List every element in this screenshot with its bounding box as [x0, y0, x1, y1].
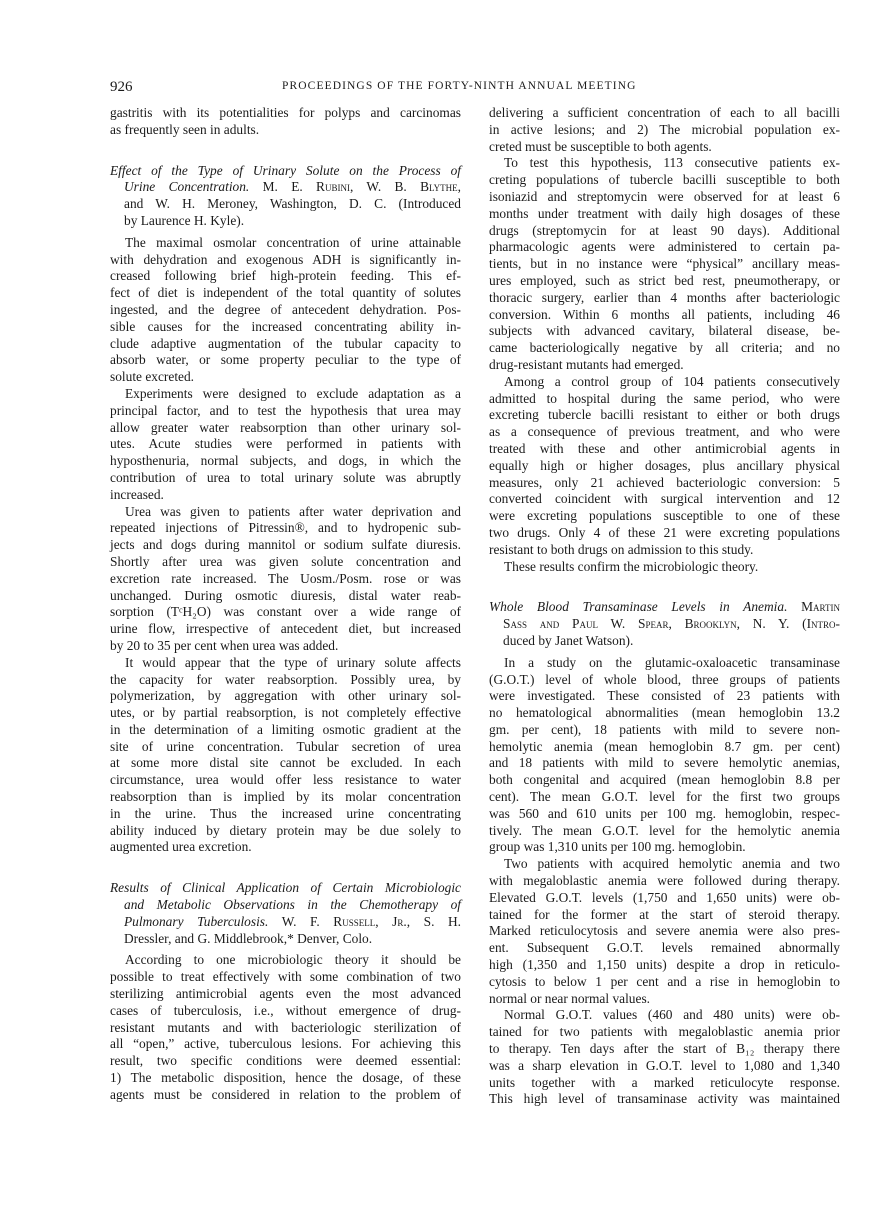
- paragraph: It would appear that the type of urinary…: [110, 655, 461, 857]
- text-line: was 560 and 610 units per 100 mg. hemogl…: [489, 806, 840, 823]
- text-line: allow greater water reabsorption than ot…: [110, 420, 461, 437]
- text-line: Normal G.O.T. values (460 and 480 units)…: [489, 1007, 840, 1024]
- article-title-line: and Metabolic Observations in the Chemot…: [110, 897, 461, 914]
- article-title-line: Pulmonary Tuberculosis.: [124, 914, 268, 929]
- article-title-line: Whole Blood Transaminase Levels in Anemi…: [489, 599, 787, 614]
- text-line: possible to treat effectively with some …: [110, 969, 461, 986]
- article-transaminase: Whole Blood Transaminase Levels in Anemi…: [489, 599, 840, 1108]
- text-line: excretion rate increased. The Uosm./Posm…: [110, 571, 461, 588]
- text-line: tients, but in no instance were “physica…: [489, 256, 840, 273]
- article-tuberculosis-continued: delivering a sufficient concentration of…: [489, 105, 840, 575]
- article-tuberculosis: Results of Clinical Application of Certa…: [110, 880, 461, 1103]
- text-line: Urea was given to patients after water d…: [110, 504, 461, 521]
- text-line: ent. Subsequent G.O.T. levels remained a…: [489, 940, 840, 957]
- text-line: These results confirm the microbiologic …: [489, 559, 840, 576]
- text-line: resistant mutants and with bacteriologic…: [110, 1020, 461, 1037]
- continuation-text: gastritis with its potentialities for po…: [110, 105, 461, 139]
- text-line: This high level of transaminase activity…: [489, 1091, 840, 1108]
- text-line: equally high or higher dosages, plus anc…: [489, 458, 840, 475]
- text-line: sterilizing antimicrobial agents even th…: [110, 986, 461, 1003]
- paragraph: To test this hypothesis, 113 consecutive…: [489, 155, 840, 373]
- text-line: polymerization, by aggregation with othe…: [110, 688, 461, 705]
- text-line: was a sharp elevation in G.O.T. level to…: [489, 1058, 840, 1075]
- text-line: and 18 patients with mild to severe hemo…: [489, 755, 840, 772]
- article-title-byline-line: Urine Concentration. M. E. Rubini, W. B.…: [110, 179, 461, 196]
- text-line: units together with a marked reticulocyt…: [489, 1075, 840, 1092]
- text-line: no hematological abnormalities (mean hem…: [489, 705, 840, 722]
- text-line: sible causes for the increased concentra…: [110, 319, 461, 336]
- article-heading: Effect of the Type of Urinary Solute on …: [110, 163, 461, 230]
- text-line: creting populations of tubercle bacilli …: [489, 172, 840, 189]
- text-line: reabsorption than is implied by its mola…: [110, 789, 461, 806]
- article-title-line: Results of Clinical Application of Certa…: [110, 880, 461, 897]
- text-line: creted must be susceptible to both agent…: [489, 139, 840, 156]
- text-line: result, two specific conditions were dee…: [110, 1053, 461, 1070]
- text-line: two drugs. Only 4 of these 21 were excre…: [489, 525, 840, 542]
- text-line: treated with these and other antimicrobi…: [489, 441, 840, 458]
- text-line: cases of tuberculosis, i.e., without eme…: [110, 1003, 461, 1020]
- text-line: in the urine. Thus the increased urine c…: [110, 806, 461, 823]
- paragraph: In a study on the glutamic-oxaloacetic t…: [489, 655, 840, 857]
- text-line: Two patients with acquired hemolytic ane…: [489, 856, 840, 873]
- text-line: came bacteriologically negative by all c…: [489, 340, 840, 357]
- text-line: ures employed, such as strict bed rest, …: [489, 273, 840, 290]
- text-line: In a study on the glutamic-oxaloacetic t…: [489, 655, 840, 672]
- text-line: agents must be considered in relation to…: [110, 1087, 461, 1104]
- text-line: as frequently seen in adults.: [110, 122, 461, 139]
- text-line: excreting tubercle bacilli resistant to …: [489, 407, 840, 424]
- text-line: cent). The mean G.O.T. level for the fir…: [489, 789, 840, 806]
- paragraph: Urea was given to patients after water d…: [110, 504, 461, 655]
- text-line: conversion. Within 6 months all patients…: [489, 307, 840, 324]
- text-line: unchanged. During osmotic diuresis, dist…: [110, 588, 461, 605]
- text-line: The maximal osmolar concentration of uri…: [110, 235, 461, 252]
- byline-line: by Laurence H. Kyle).: [110, 213, 461, 230]
- article-title-line: Urine Concentration.: [124, 179, 249, 194]
- left-column: gastritis with its potentialities for po…: [110, 105, 461, 1104]
- text-line: utes, or by partial reabsorption, is not…: [110, 705, 461, 722]
- text-line: with dehydration and exogenous ADH is si…: [110, 252, 461, 269]
- byline-line: Sass and Paul W. Spear, Brooklyn, N. Y. …: [489, 616, 840, 633]
- text-line: by 20 to 35 per cent when urea was added…: [110, 638, 461, 655]
- article-title-byline-line: Pulmonary Tuberculosis. W. F. Russell, J…: [110, 914, 461, 931]
- text-line: subjects with advanced cavitary, bilater…: [489, 323, 840, 340]
- running-head: PROCEEDINGS OF THE FORTY-NINTH ANNUAL ME…: [282, 80, 637, 92]
- text-line: pharmacologic agents were administered t…: [489, 239, 840, 256]
- text-line: tained for two patients with megaloblast…: [489, 1024, 840, 1041]
- text-line: at some more distal site cannot be exclu…: [110, 755, 461, 772]
- text-line: site of urine concentration. Tubular sec…: [110, 739, 461, 756]
- text-line: hyposthenuria, normal subjects, and dogs…: [110, 453, 461, 470]
- right-column: delivering a sufficient concentration of…: [489, 105, 840, 1108]
- text-line: gastritis with its potentialities for po…: [110, 105, 461, 122]
- text-line: Marked reticulocytosis and severe anemia…: [489, 923, 840, 940]
- byline-authors: Martin: [787, 599, 840, 614]
- paragraph: Normal G.O.T. values (460 and 480 units)…: [489, 1007, 840, 1108]
- text-line: absorb water, or some property peculiar …: [110, 352, 461, 369]
- text-line: Shortly after urea was given solute conc…: [110, 554, 461, 571]
- text-line: ability induced by dietary protein may b…: [110, 823, 461, 840]
- text-line: increased.: [110, 487, 461, 504]
- text-line: admitted to hospital during the same per…: [489, 391, 840, 408]
- text-line: contribution of urea to total urinary so…: [110, 470, 461, 487]
- text-line: jects and dogs during mannitol or sodium…: [110, 537, 461, 554]
- article-heading: Results of Clinical Application of Certa…: [110, 880, 461, 947]
- byline-authors: M. E. Rubini, W. B. Blythe,: [249, 179, 461, 194]
- text-line: tained for the former at the start of st…: [489, 907, 840, 924]
- text-line: 1) The metabolic disposition, hence the …: [110, 1070, 461, 1087]
- text-line: Experiments were designed to exclude ada…: [110, 386, 461, 403]
- text-line: gm. per cent), 18 patients with mild to …: [489, 722, 840, 739]
- text-line: clude adaptive augmentation of the tubul…: [110, 336, 461, 353]
- page-number: 926: [110, 79, 133, 96]
- text-line: the capacity for water reabsorption. Pos…: [110, 672, 461, 689]
- text-line: to therapy. Ten days after the start of …: [489, 1041, 840, 1058]
- text-line: with megaloblastic anemia were followed …: [489, 873, 840, 890]
- text-line: Among a control group of 104 patients co…: [489, 374, 840, 391]
- text-line: utes. Acute studies were performed in pa…: [110, 436, 461, 453]
- text-line: group was 1,310 units per 100 mg. hemogl…: [489, 839, 840, 856]
- text-line: all “open,” active, tuberculous lesions.…: [110, 1036, 461, 1053]
- text-line: were investigated. These consisted of 23…: [489, 688, 840, 705]
- text-line: urine flow, irrespective of antecedent d…: [110, 621, 461, 638]
- text-line: It would appear that the type of urinary…: [110, 655, 461, 672]
- text-line: (G.O.T.) level of whole blood, three gro…: [489, 672, 840, 689]
- text-line: To test this hypothesis, 113 consecutive…: [489, 155, 840, 172]
- text-line: fect of diet is independent of the total…: [110, 285, 461, 302]
- article-title-byline-line: Whole Blood Transaminase Levels in Anemi…: [489, 599, 840, 616]
- text-line: Elevated G.O.T. levels (1,750 and 1,650 …: [489, 890, 840, 907]
- text-line: normal or near normal values.: [489, 991, 840, 1008]
- paragraph: Experiments were designed to exclude ada…: [110, 386, 461, 504]
- text-line: as a consequence of previous treatment, …: [489, 424, 840, 441]
- text-line: principal factor, and to test the hypoth…: [110, 403, 461, 420]
- paragraph: Two patients with acquired hemolytic ane…: [489, 856, 840, 1007]
- byline-authors: W. F. Russell, Jr., S. H.: [268, 914, 461, 929]
- text-line: isoniazid and streptomycin were observed…: [489, 189, 840, 206]
- text-line: resistant to both drugs on admission to …: [489, 542, 840, 559]
- text-line: in active lesions; and 2) The microbial …: [489, 122, 840, 139]
- text-line: converted coincident with surgical inter…: [489, 491, 840, 508]
- text-line: both congenital and acquired (mean hemog…: [489, 772, 840, 789]
- text-line: in the determination of a limiting osmot…: [110, 722, 461, 739]
- text-line: repeated injections of Pitressin®, and t…: [110, 520, 461, 537]
- text-line: delivering a sufficient concentration of…: [489, 105, 840, 122]
- text-line: tively. The mean G.O.T. level for the he…: [489, 823, 840, 840]
- text-line: cytosis to below 1 per cent and a rise i…: [489, 974, 840, 991]
- text-line: ingested, and the degree of antecedent d…: [110, 302, 461, 319]
- text-line: creased following brief high-protein fee…: [110, 268, 461, 285]
- text-line: hemolytic anemia (mean hemoglobin 8.7 gm…: [489, 739, 840, 756]
- text-line: were excreting populations susceptible t…: [489, 508, 840, 525]
- text-line: solute excreted.: [110, 369, 461, 386]
- paragraph: delivering a sufficient concentration of…: [489, 105, 840, 155]
- text-line: drug-resistant mutants had emerged.: [489, 357, 840, 374]
- text-line: augmented urea excretion.: [110, 839, 461, 856]
- text-line: According to one microbiologic theory it…: [110, 952, 461, 969]
- text-line: drugs (streptomycin for at least 90 days…: [489, 223, 840, 240]
- text-line: months under treatment with daily high d…: [489, 206, 840, 223]
- text-line: measures, only 21 achieved bacteriologic…: [489, 475, 840, 492]
- text-line: high (1,350 and 1,150 units) despite a d…: [489, 957, 840, 974]
- byline-line: duced by Janet Watson).: [489, 633, 840, 650]
- paragraph: These results confirm the microbiologic …: [489, 559, 840, 576]
- article-urinary-solute: Effect of the Type of Urinary Solute on …: [110, 163, 461, 857]
- paragraph: The maximal osmolar concentration of uri…: [110, 235, 461, 386]
- byline-line: Dressler, and G. Middlebrook,* Denver, C…: [110, 931, 461, 948]
- text-line: circumstance, urea would offer less resi…: [110, 772, 461, 789]
- article-heading: Whole Blood Transaminase Levels in Anemi…: [489, 599, 840, 649]
- paragraph: According to one microbiologic theory it…: [110, 952, 461, 1103]
- byline-line: and W. H. Meroney, Washington, D. C. (In…: [110, 196, 461, 213]
- paragraph: Among a control group of 104 patients co…: [489, 374, 840, 559]
- text-line: thoracic surgery, earlier than 4 months …: [489, 290, 840, 307]
- text-line: sorption (TᶜH₂O) was constant over a wid…: [110, 604, 461, 621]
- article-title-line: Effect of the Type of Urinary Solute on …: [110, 163, 461, 180]
